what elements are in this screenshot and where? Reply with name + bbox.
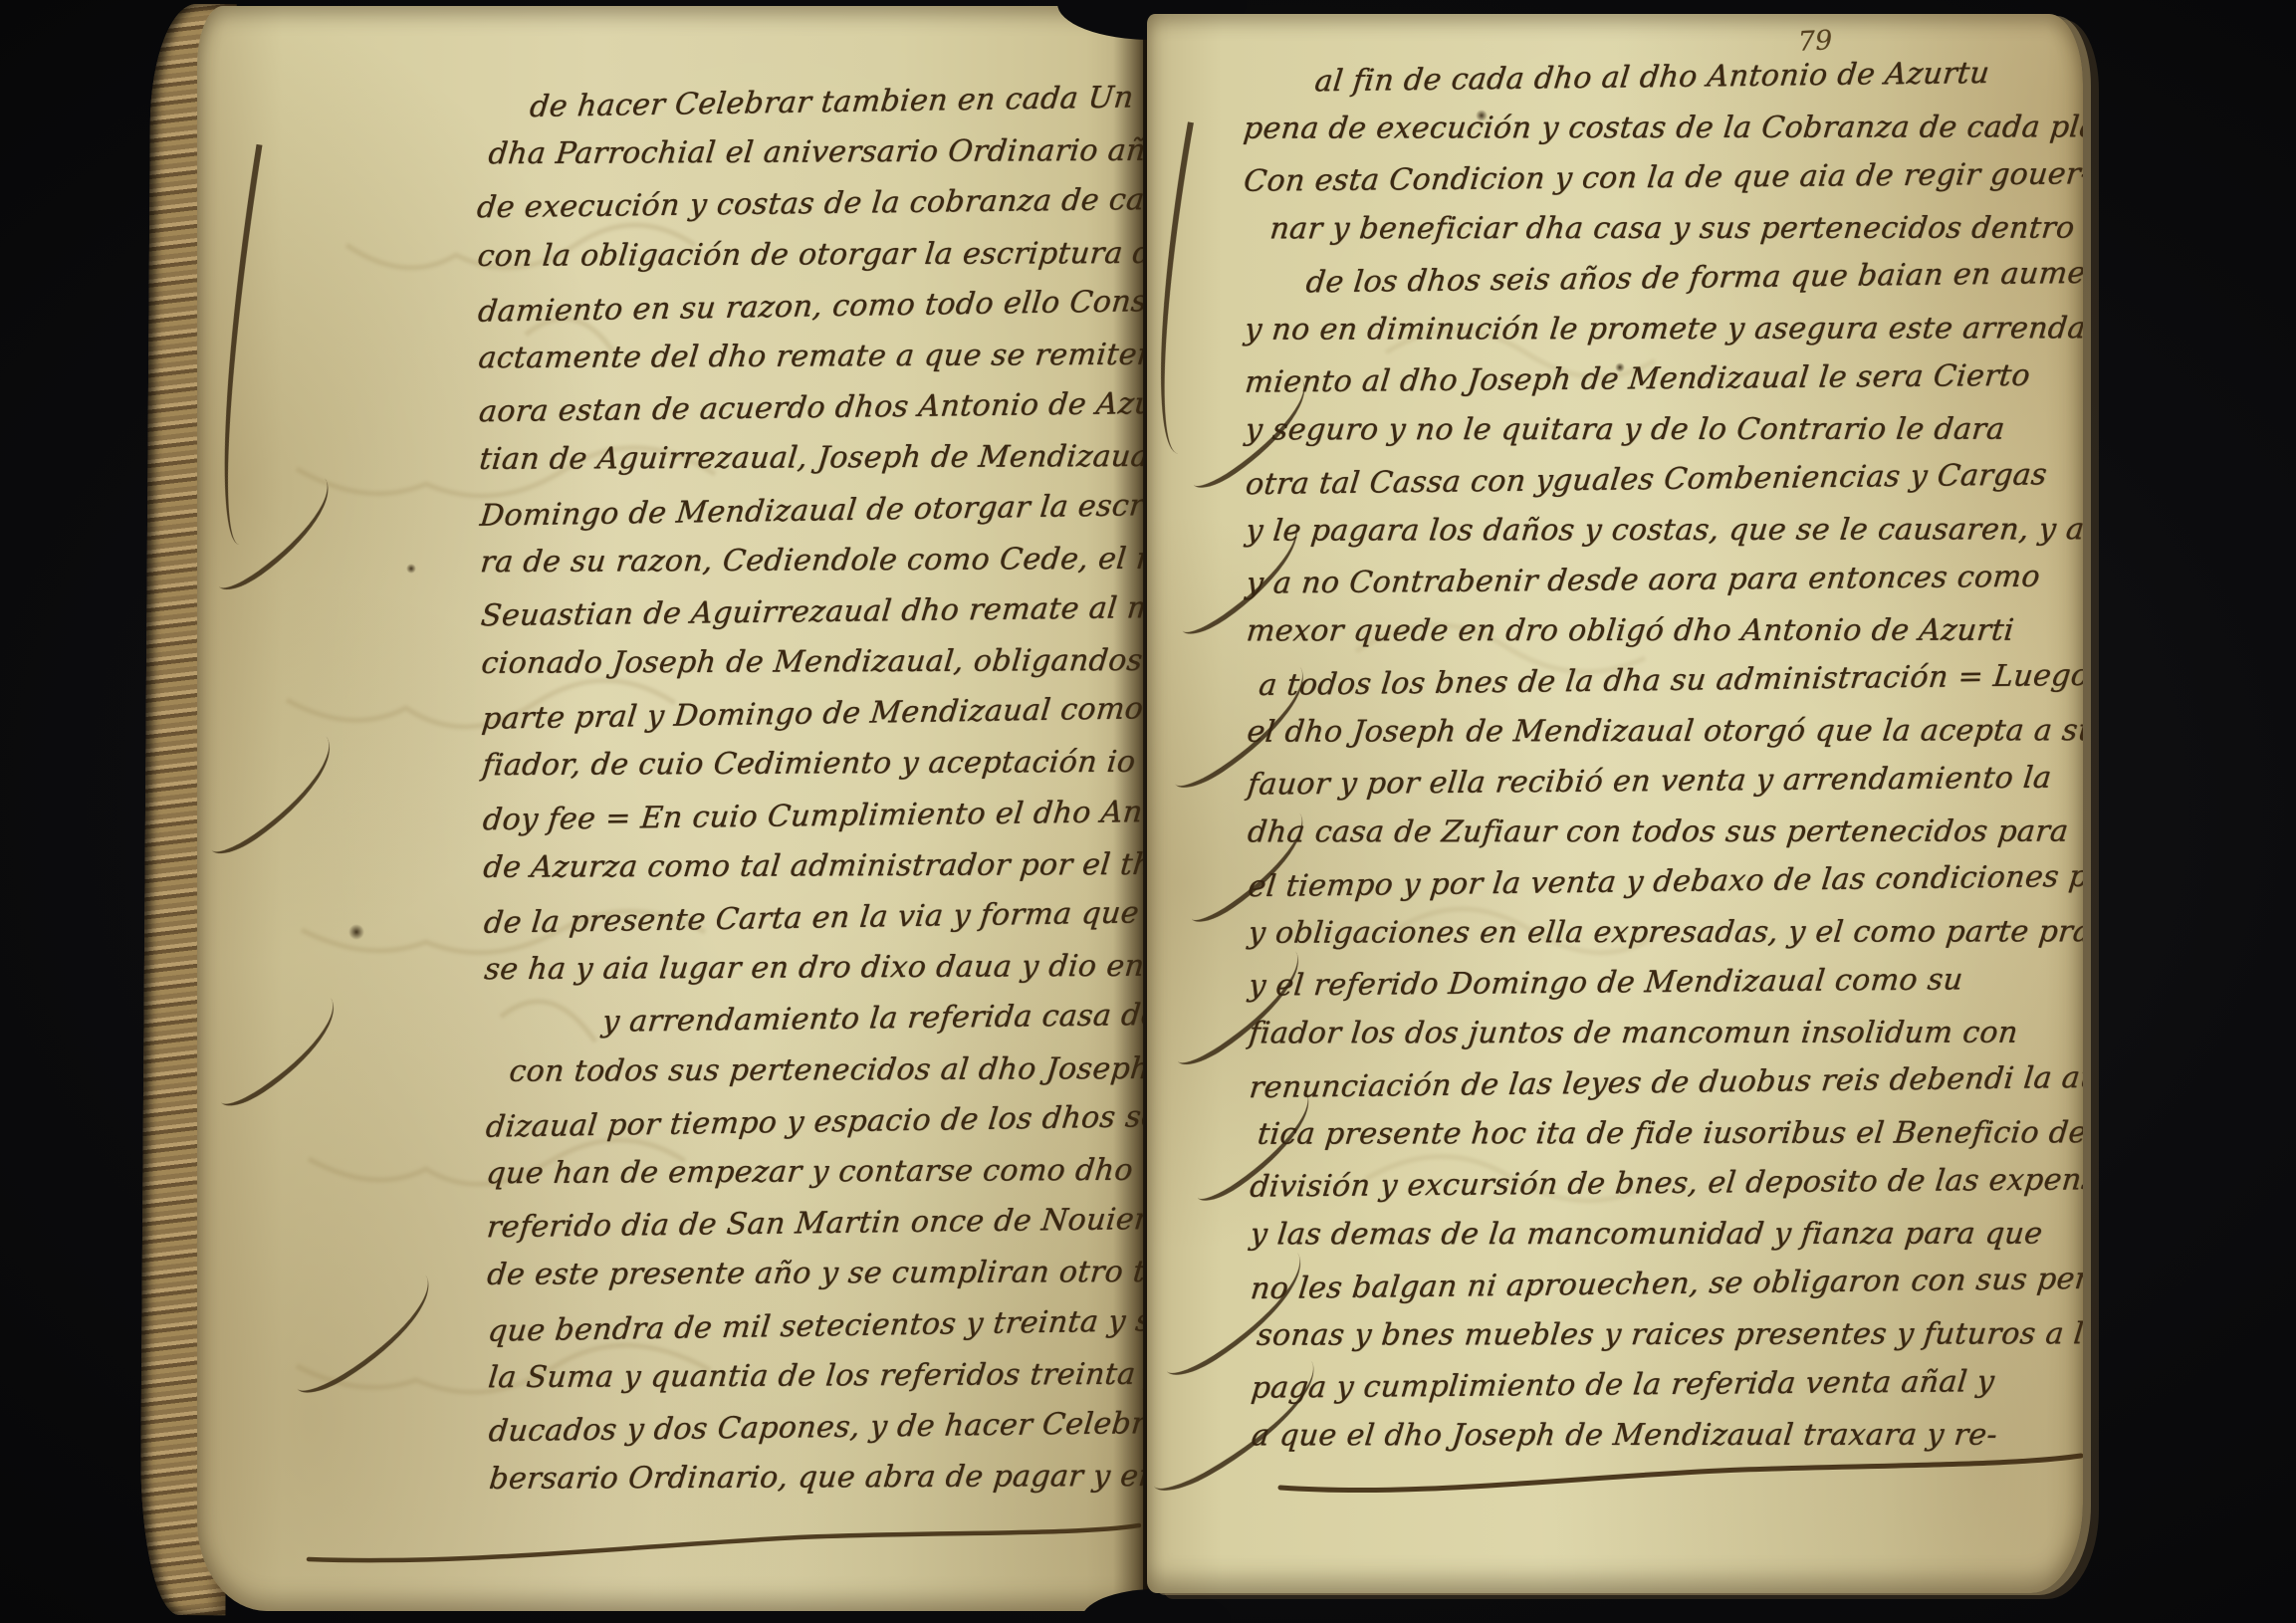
- manuscript-line: división y excursión de bnes, el deposit…: [1247, 1162, 2083, 1220]
- flourish-rule: [301, 1506, 1143, 1569]
- manuscript-line: renunciación de las leyes de duobus reis…: [1246, 1060, 2083, 1121]
- manuscript-line: fauor y por ella recibió en venta y arre…: [1245, 760, 2083, 817]
- ink-flourish: [1147, 121, 1235, 453]
- manuscript-line: y seguro y no le quitara y de lo Contrar…: [1242, 411, 2083, 462]
- manuscript-line: que bendra de mil setecientos y treinta …: [484, 1300, 1143, 1365]
- ink-blot: [406, 564, 416, 574]
- manuscript-line: de hacer Celebrar tambien en cada Un año…: [473, 77, 1143, 141]
- manuscript-line: otra tal Cassa con yguales Combeniencias…: [1243, 457, 2083, 518]
- manuscript-line: con la obligación de otorgar la escriptu…: [474, 235, 1143, 290]
- manuscript-line: miento al dho Joseph de Mendizaual le se…: [1242, 357, 2083, 415]
- manuscript-line: fiador, de cuio Cedimiento y aceptación …: [479, 744, 1143, 800]
- manuscript-line: paga y cumplimiento de la referida venta…: [1248, 1363, 2083, 1421]
- right-page: al fin de cada dho al dho Antonio de Azu…: [1147, 14, 2083, 1593]
- manuscript-line: dizaual por tiempo y espacio de los dhos…: [483, 1096, 1143, 1161]
- manuscript-line: mexor quede en dro obligó dho Antonio de…: [1244, 612, 2083, 663]
- manuscript-line: ra de su razon, Cediendole como Cede, el…: [477, 540, 1143, 595]
- manuscript-line: Con esta Condicion y con la de que aia d…: [1241, 156, 2083, 214]
- right-page-text: al fin de cada dho al dho Antonio de Azu…: [1243, 57, 2083, 1470]
- manuscript-line: actamente del dho remate a que se remite…: [475, 337, 1143, 392]
- manuscript-line: de los dhos seis años de forma que baian…: [1241, 256, 2083, 317]
- manuscript-line: referido dia de San Martin once de Nouie…: [484, 1200, 1143, 1262]
- ink-blot: [348, 924, 364, 940]
- manuscript-line: damiento en su razon, como todo ello Con…: [475, 281, 1143, 346]
- ink-blot: [1476, 110, 1488, 121]
- manuscript-line: y el referido Domingo de Mendizaual como…: [1246, 961, 2083, 1019]
- manuscript-line: pena de execución y costas de la Cobranz…: [1241, 110, 2083, 161]
- manuscript-line: no les balgan ni aprouechen, se obligaro…: [1247, 1262, 2083, 1322]
- manuscript-line: la Suma y quantia de los referidos trein…: [485, 1355, 1143, 1411]
- manuscript-line: y obligaciones en ella expresadas, y el …: [1245, 914, 2083, 966]
- manuscript-line: que han de empezar y contarse como dho v…: [483, 1152, 1143, 1208]
- folio-number: 79: [1797, 25, 1833, 58]
- manuscript-line: doy fee = En cuio Cumplimiento el dho An…: [480, 792, 1143, 853]
- manuscript-line: nar y beneficiar dha casa y sus pertenec…: [1241, 210, 2083, 261]
- manuscript-line: Domingo de Mendizaual de otorgar la escr…: [477, 485, 1143, 550]
- manuscript-line: dha Parrochial el aniversario Ordinario …: [473, 132, 1143, 188]
- manuscript-line: se ha y aia lugar en dro dixo daua y dio…: [481, 948, 1143, 1004]
- manuscript-line: aora estan de acuerdo dhos Antonio de Az…: [476, 384, 1143, 446]
- ink-blot: [1615, 362, 1625, 372]
- manuscript-line: cionado Joseph de Mendizaual, obligandos…: [478, 642, 1143, 697]
- flourish-rule: [1274, 1444, 2083, 1504]
- manuscript-line: y no en diminución le promete y asegura …: [1242, 311, 2083, 362]
- manuscript-line: y le pagara los daños y costas, que se l…: [1243, 512, 2083, 564]
- manuscript-line: de execución y costas de la cobranza de …: [474, 180, 1143, 242]
- manuscript-line: tica presente hoc ita de fide iusoribus …: [1247, 1115, 2083, 1167]
- manuscript-line: tian de Aguirrezaual, Joseph de Mendizau…: [476, 438, 1143, 493]
- manuscript-line: parte pral y Domingo de Mendizaual como …: [479, 688, 1143, 753]
- manuscript-photo: de hacer Celebrar tambien en cada Un año…: [0, 0, 2296, 1623]
- manuscript-line: y las demas de la mancomunidad y fianza …: [1247, 1216, 2083, 1267]
- manuscript-line: el tiempo y por la venta y debaxo de las…: [1245, 859, 2083, 920]
- manuscript-line: el dho Joseph de Mendizaual otorgó que l…: [1244, 713, 2083, 765]
- left-page: de hacer Celebrar tambien en cada Un año…: [197, 6, 1143, 1611]
- manuscript-line: de Azurza como tal administrador por el …: [480, 846, 1143, 901]
- manuscript-line: a todos los bnes de la dha su administra…: [1244, 658, 2083, 719]
- manuscript-line: de la presente Carta en la via y forma q…: [481, 892, 1143, 957]
- manuscript-line: dha casa de Zufiaur con todos sus perten…: [1245, 813, 2083, 864]
- manuscript-line: fiador los dos juntos de mancomun insoli…: [1246, 1015, 2083, 1065]
- manuscript-line: y a no Contrabenir desde aora para enton…: [1243, 559, 2083, 616]
- left-page-text: de hacer Celebrar tambien en cada Un año…: [475, 80, 1143, 1514]
- manuscript-line: al fin de cada dho al dho Antonio de Azu…: [1240, 55, 2083, 116]
- manuscript-line: y arrendamiento la referida casa de Zufi…: [482, 996, 1143, 1057]
- manuscript-line: bersario Ordinario, que abra de pagar y …: [486, 1458, 1143, 1512]
- manuscript-line: con todos sus pertenecidos al dho Joseph…: [482, 1050, 1143, 1105]
- manuscript-line: Seuastian de Aguirrezaual dho remate al …: [478, 588, 1143, 650]
- manuscript-line: sonas y bnes muebles y raices presentes …: [1248, 1316, 2083, 1368]
- manuscript-line: ducados y dos Capones, y de hacer Celebr…: [486, 1404, 1143, 1466]
- manuscript-line: de este presente año y se cumpliran otro…: [484, 1254, 1143, 1308]
